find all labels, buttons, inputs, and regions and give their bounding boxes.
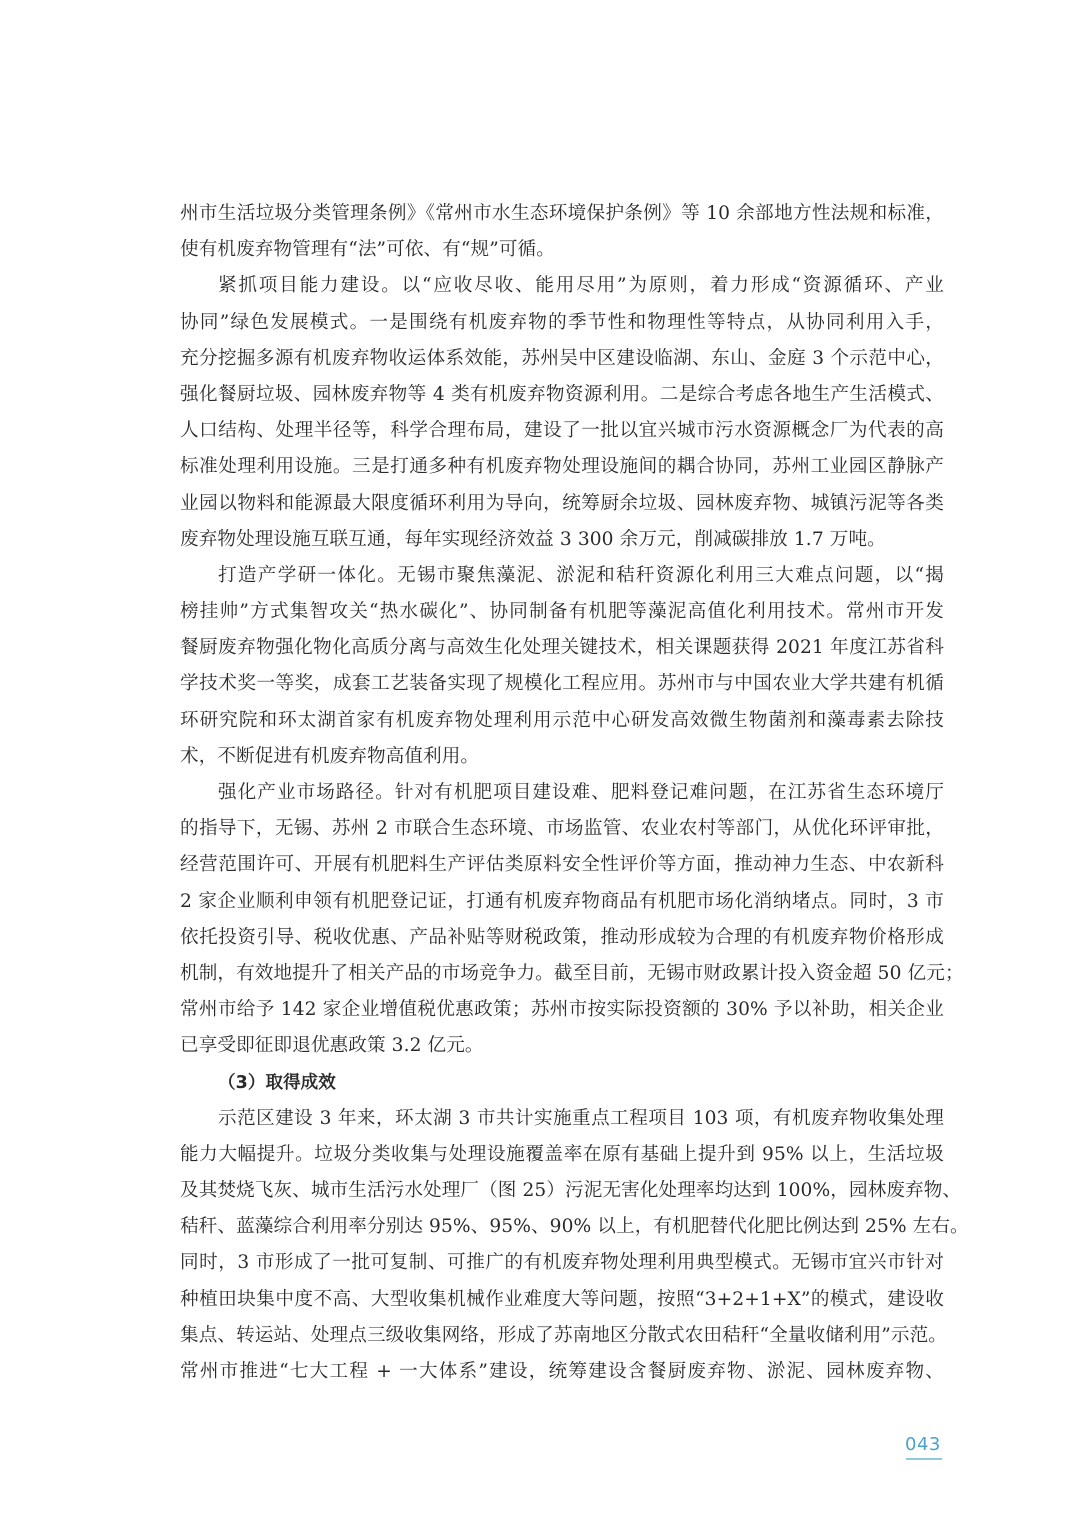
text-line: 业园以物料和能源最大限度循环利用为导向，统筹厨余垃圾、园林废弃物、城镇污泥等各类 — [180, 486, 944, 522]
page-number-underline — [906, 1458, 942, 1460]
text-line: 标准处理利用设施。三是打通多种有机废弃物处理设施间的耦合协同，苏州工业园区静脉产 — [180, 449, 944, 485]
page-number: 043 — [905, 1434, 941, 1455]
text-line: 的指导下，无锡、苏州 2 市联合生态环境、市场监管、农业农村等部门，从优化环评审… — [180, 811, 944, 847]
text-line: 同时，3 市形成了一批可复制、可推广的有机废弃物处理利用典型模式。无锡市宜兴市针… — [180, 1245, 944, 1281]
text-line: 种植田块集中度不高、大型收集机械作业难度大等问题，按照“3+2+1+X”的模式，… — [180, 1282, 944, 1318]
text-line: 学技术奖一等奖，成套工艺装备实现了规模化工程应用。苏州市与中国农业大学共建有机循 — [180, 666, 944, 702]
text-line: 已享受即征即退优惠政策 3.2 亿元。 — [180, 1028, 944, 1064]
text-line: 常州市推进“七大工程 + 一大体系”建设，统筹建设含餐厨废弃物、淤泥、园林废弃物… — [180, 1354, 944, 1390]
text-line: 2 家企业顺利申领有机肥登记证，打通有机废弃物商品有机肥市场化消纳堵点。同时，3… — [180, 884, 944, 920]
text-line: 州市生活垃圾分类管理条例》《常州市水生态环境保护条例》等 10 余部地方性法规和… — [180, 196, 944, 232]
text-line: 常州市给予 142 家企业增值税优惠政策；苏州市按实际投资额的 30% 予以补助… — [180, 992, 944, 1028]
paragraph-start-line: 紧抓项目能力建设。以“应收尽收、能用尽用”为原则，着力形成“资源循环、产业 — [180, 268, 944, 304]
text-line: 及其焚烧飞灰、城市生活污水处理厂（图 25）污泥无害化处理率均达到 100%，园… — [180, 1173, 944, 1209]
text-line: 秸秆、蓝藻综合利用率分别达 95%、95%、90% 以上，有机肥替代化肥比例达到… — [180, 1209, 944, 1245]
section-heading: （3）取得成效 — [180, 1065, 944, 1101]
document-body: 州市生活垃圾分类管理条例》《常州市水生态环境保护条例》等 10 余部地方性法规和… — [180, 196, 944, 1390]
text-line: 强化餐厨垃圾、园林废弃物等 4 类有机废弃物资源利用。二是综合考虑各地生产生活模… — [180, 377, 944, 413]
text-line: 集点、转运站、处理点三级收集网络，形成了苏南地区分散式农田秸秆“全量收储利用”示… — [180, 1318, 944, 1354]
text-line: 榜挂帅”方式集智攻关“热水碳化”、协同制备有机肥等藻泥高值化利用技术。常州市开发 — [180, 594, 944, 630]
text-line: 使有机废弃物管理有“法”可依、有“规”可循。 — [180, 232, 944, 268]
text-line: 废弃物处理设施互联互通，每年实现经济效益 3 300 余万元，削减碳排放 1.7… — [180, 522, 944, 558]
paragraph-start-line: 强化产业市场路径。针对有机肥项目建设难、肥料登记难问题，在江苏省生态环境厅 — [180, 775, 944, 811]
paragraph-start-line: 打造产学研一体化。无锡市聚焦藻泥、淤泥和秸秆资源化利用三大难点问题，以“揭 — [180, 558, 944, 594]
text-line: 术，不断促进有机废弃物高值利用。 — [180, 739, 944, 775]
text-line: 餐厨废弃物强化物化高质分离与高效生化处理关键技术，相关课题获得 2021 年度江… — [180, 630, 944, 666]
text-line: 能力大幅提升。垃圾分类收集与处理设施覆盖率在原有基础上提升到 95% 以上，生活… — [180, 1137, 944, 1173]
text-line: 环研究院和环太湖首家有机废弃物处理利用示范中心研发高效微生物菌剂和藻毒素去除技 — [180, 703, 944, 739]
text-line: 经营范围许可、开展有机肥料生产评估类原料安全性评价等方面，推动神力生态、中农新科 — [180, 847, 944, 883]
text-line: 充分挖掘多源有机废弃物收运体系效能，苏州吴中区建设临湖、东山、金庭 3 个示范中… — [180, 341, 944, 377]
text-line: 机制，有效地提升了相关产品的市场竞争力。截至目前，无锡市财政累计投入资金超 50… — [180, 956, 944, 992]
text-line: 依托投资引导、税收优惠、产品补贴等财税政策，推动形成较为合理的有机废弃物价格形成 — [180, 920, 944, 956]
paragraph-start-line: 示范区建设 3 年来，环太湖 3 市共计实施重点工程项目 103 项，有机废弃物… — [180, 1101, 944, 1137]
text-line: 人口结构、处理半径等，科学合理布局，建设了一批以宜兴城市污水资源概念厂为代表的高 — [180, 413, 944, 449]
text-line: 协同”绿色发展模式。一是围绕有机废弃物的季节性和物理性等特点，从协同利用入手， — [180, 305, 944, 341]
